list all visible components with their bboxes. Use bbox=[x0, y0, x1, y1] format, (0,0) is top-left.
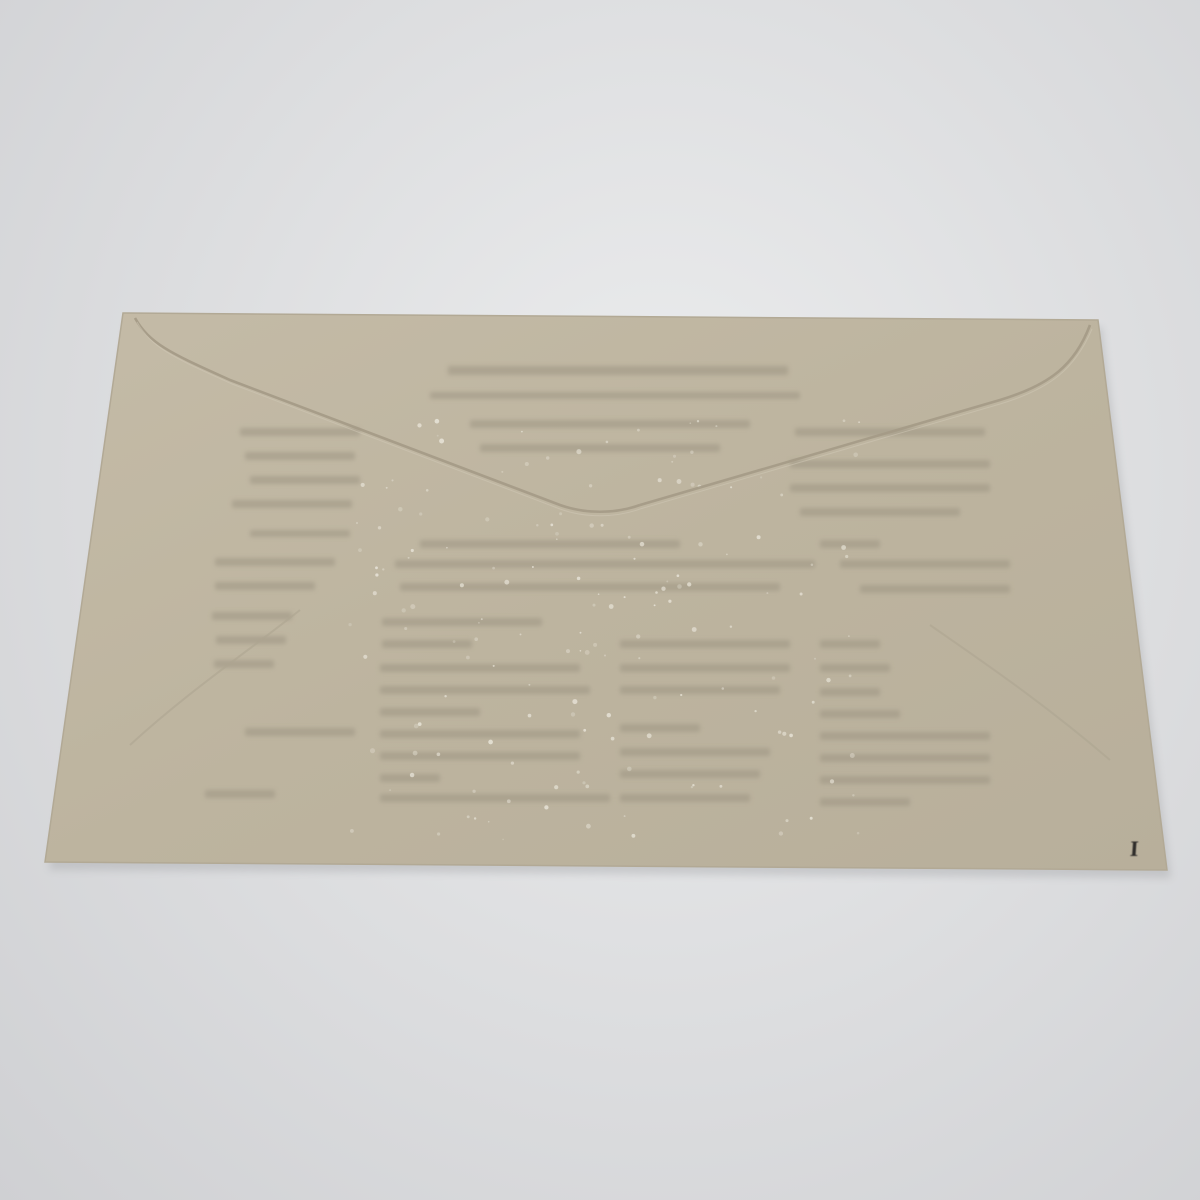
corner-mark: I bbox=[1129, 838, 1139, 860]
photo-scene: I bbox=[0, 0, 1200, 1200]
envelope bbox=[0, 0, 1200, 1200]
